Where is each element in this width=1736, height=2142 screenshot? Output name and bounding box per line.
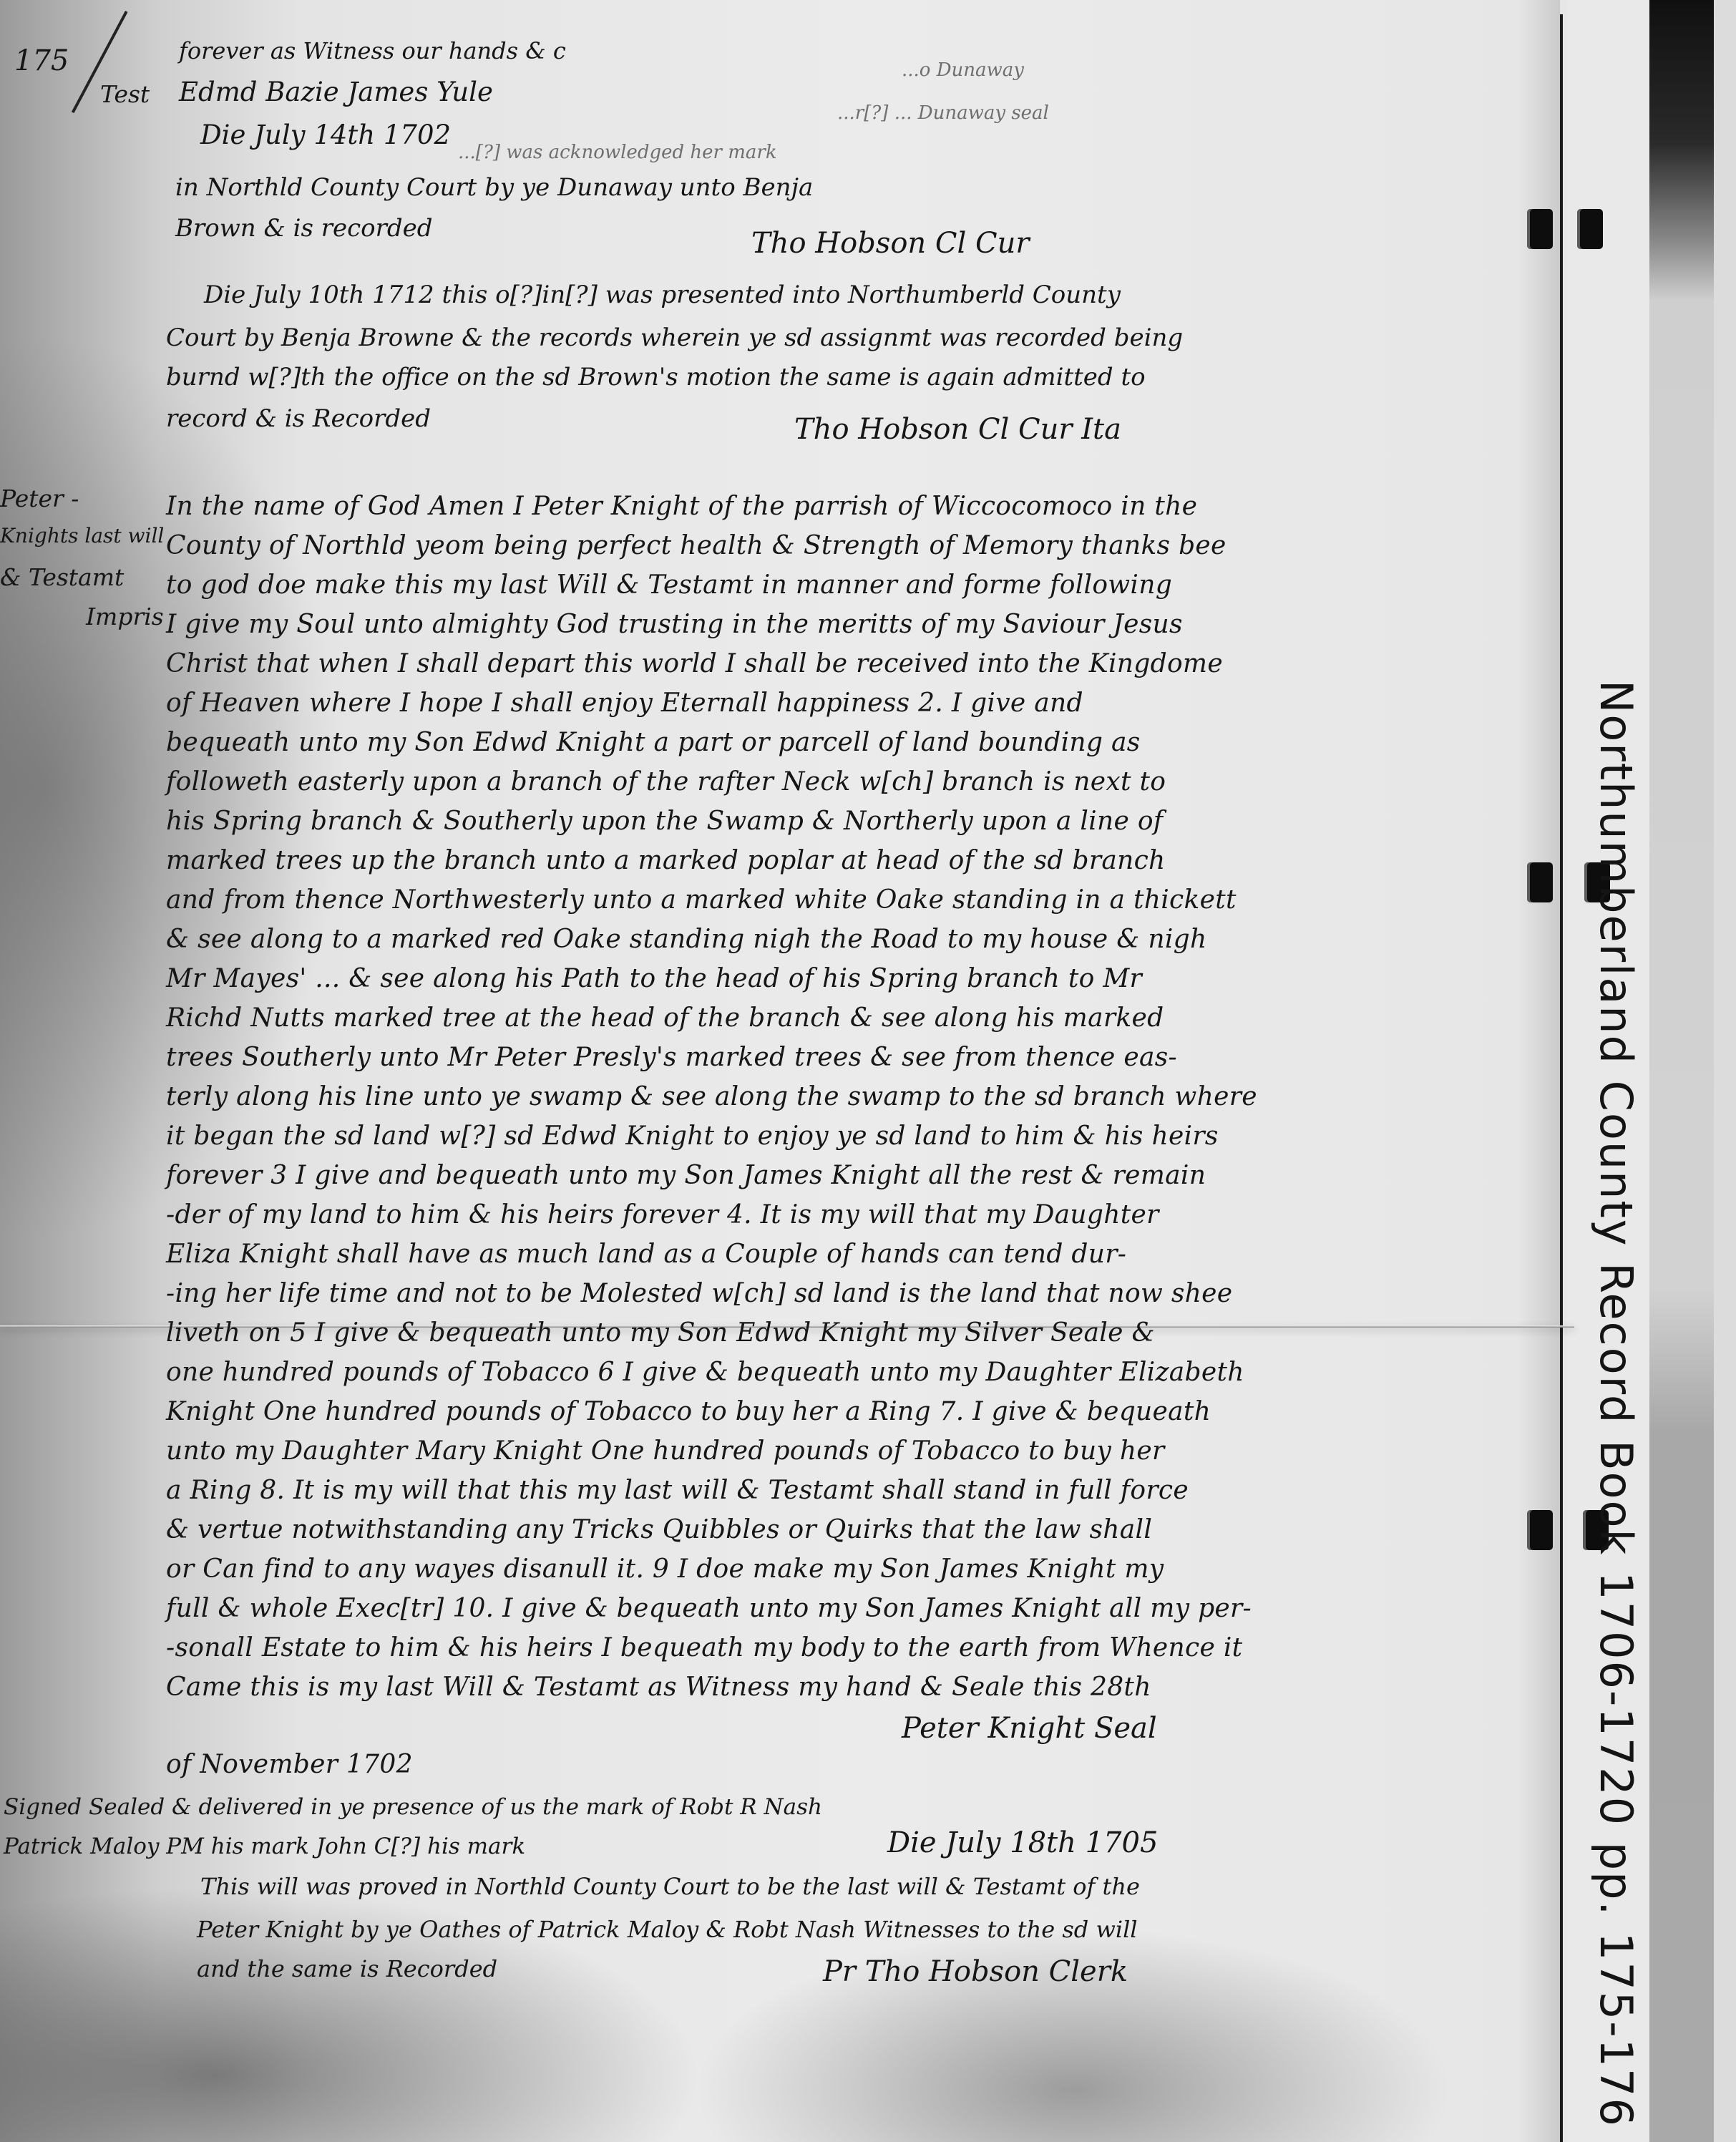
probate-line: and the same is Recorded — [197, 1957, 497, 1980]
witness-line: Signed Sealed & delivered in ye presence… — [4, 1796, 822, 1819]
will-line: Came this is my last Will & Testamt as W… — [166, 1675, 1151, 1700]
gutter-shadow — [1517, 0, 1560, 2142]
will-line: or Can find to any wayes disanull it. 9 … — [166, 1557, 1164, 1582]
testator-signature: Peter Knight Seal — [902, 1714, 1157, 1743]
clerk-signature: Tho Hobson Cl Cur — [751, 229, 1030, 258]
will-line: -ing her life time and not to be Moleste… — [166, 1281, 1232, 1307]
will-line: of November 1702 — [166, 1752, 413, 1778]
will-line: County of Northld yeom being perfect hea… — [166, 533, 1227, 559]
binder-hole-icon — [1527, 1510, 1553, 1550]
will-line: it began the sd land w[?] sd Edwd Knight… — [166, 1124, 1219, 1149]
margin-title: & Testamt — [0, 565, 124, 589]
will-line: & see along to a marked red Oake standin… — [166, 927, 1207, 953]
margin-title: Knights last will — [0, 526, 164, 546]
margin-title: Peter - — [0, 487, 79, 510]
clerk-signature: Pr Tho Hobson Clerk — [823, 1957, 1128, 1986]
will-line: trees Southerly unto Mr Peter Presly's m… — [166, 1045, 1177, 1071]
page-gutter-line — [1560, 14, 1563, 2142]
will-line: & vertue notwithstanding any Tricks Quib… — [166, 1517, 1152, 1543]
will-line: his Spring branch & Southerly upon the S… — [166, 809, 1163, 834]
binder-hole-icon — [1527, 209, 1553, 249]
faint-line: ...o Dunaway — [902, 61, 1024, 79]
court-line: Brown & is recorded — [175, 216, 433, 240]
will-line: bequeath unto my Son Edwd Knight a part … — [166, 730, 1141, 756]
re-record-line: Court by Benja Browne & the records wher… — [166, 326, 1183, 350]
binder-hole-icon — [1577, 209, 1603, 249]
will-line: -sonall Estate to him & his heirs I bequ… — [166, 1635, 1242, 1661]
margin-impris: Impris — [86, 605, 164, 628]
header-line: forever as Witness our hands & c — [179, 39, 566, 62]
probate-line: Peter Knight by ye Oathes of Patrick Mal… — [197, 1918, 1138, 1941]
will-line: marked trees up the branch unto a marked… — [166, 848, 1166, 874]
witness-line: Patrick Maloy PM his mark John C[?] his … — [4, 1836, 525, 1858]
court-line: in Northld County Court by ye Dunaway un… — [175, 175, 813, 200]
will-line: In the name of God Amen I Peter Knight o… — [166, 494, 1197, 520]
will-line: Knight One hundred pounds of Tobacco to … — [166, 1399, 1211, 1425]
re-record-line: Die July 10th 1712 this o[?]in[?] was pr… — [204, 283, 1121, 307]
label-edge — [1714, 0, 1736, 2142]
will-line: full & whole Exec[tr] 10. I give & beque… — [166, 1596, 1252, 1622]
will-line: and from thence Northwesterly unto a mar… — [166, 887, 1237, 913]
margin-note-test: Test — [100, 82, 150, 106]
will-line: of Heaven where I hope I shall enjoy Ete… — [166, 691, 1083, 716]
record-book-label: Northumberland County Record Book 1706-1… — [1590, 680, 1642, 2128]
witness-names: Edmd Bazie James Yule — [179, 79, 493, 105]
re-record-line: burnd w[?]th the office on the sd Brown'… — [166, 365, 1146, 389]
will-line: one hundred pounds of Tobacco 6 I give &… — [166, 1360, 1244, 1386]
will-line: forever 3 I give and bequeath unto my So… — [166, 1163, 1206, 1189]
will-line: liveth on 5 I give & bequeath unto my So… — [166, 1320, 1155, 1346]
will-line: unto my Daughter Mary Knight One hundred… — [166, 1438, 1164, 1464]
label-strip — [1649, 0, 1714, 2142]
page-number: 175 — [14, 47, 69, 75]
faint-line: ...r[?] ... Dunaway seal — [837, 104, 1049, 122]
will-line: Christ that when I shall depart this wor… — [166, 651, 1223, 677]
will-line: to god doe make this my last Will & Test… — [166, 573, 1172, 598]
probate-line: This will was proved in Northld County C… — [200, 1875, 1140, 1898]
will-line: followeth easterly upon a branch of the … — [166, 769, 1166, 795]
binder-hole-icon — [1527, 862, 1553, 902]
will-line: a Ring 8. It is my will that this my las… — [166, 1478, 1189, 1504]
will-line: terly along his line unto ye swamp & see… — [166, 1084, 1257, 1110]
re-record-line: record & is Recorded — [166, 407, 431, 431]
clerk-signature: Tho Hobson Cl Cur Ita — [794, 415, 1121, 444]
will-line: Eliza Knight shall have as much land as … — [166, 1242, 1126, 1267]
will-line: Mr Mayes' ... & see along his Path to th… — [166, 966, 1142, 992]
probate-date: Die July 18th 1705 — [887, 1829, 1158, 1857]
will-line: -der of my land to him & his heirs forev… — [166, 1202, 1159, 1228]
will-line: I give my Soul unto almighty God trustin… — [166, 612, 1183, 638]
faint-line: ...[?] was acknowledged her mark — [458, 143, 777, 162]
will-line: Richd Nutts marked tree at the head of t… — [166, 1006, 1164, 1031]
header-date: Die July 14th 1702 — [200, 122, 451, 148]
